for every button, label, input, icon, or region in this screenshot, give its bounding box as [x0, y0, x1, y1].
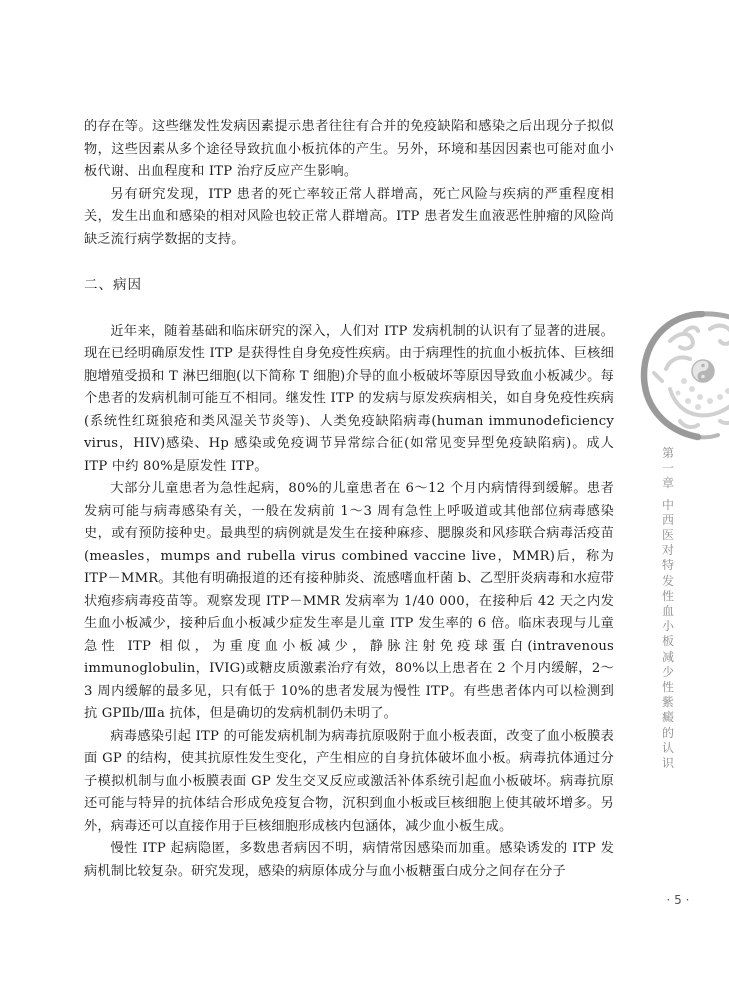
paragraph-pathogenesis: 近年来，随着基础和临床研究的深入，人们对 ITP 发病机制的认识有了显著的进展。…: [84, 321, 614, 479]
chapter-title-char: 板: [660, 634, 676, 649]
chapter-title-char: 紫: [660, 695, 676, 710]
paragraph-viral-mechanism: 病毒感染引起 ITP 的可能发病机制为病毒抗原吸附于血小板表面，改变了血小板膜表…: [84, 726, 614, 839]
chapter-title-char: 特: [660, 558, 676, 573]
section-heading-etiology: 二、病因: [84, 274, 614, 297]
chapter-label-char: 一: [660, 461, 676, 476]
chapter-title-char: 认: [660, 741, 676, 756]
qilin-yin-yang-seal-icon: [640, 311, 729, 441]
paragraph-continued: 的存在等。这些继发性发病因素提示患者往往有合并的免疫缺陷和感染之后出现分子拟似物…: [84, 116, 614, 184]
page-body: 的存在等。这些继发性发病因素提示患者往往有合并的免疫缺陷和感染之后出现分子拟似物…: [84, 116, 614, 883]
chapter-title-char: 性: [660, 680, 676, 695]
chapter-label-char: 章: [660, 476, 676, 491]
paragraph-mortality: 另有研究发现，ITP 患者的死亡率较正常人群增高，死亡风险与疾病的严重程度相关，…: [84, 184, 614, 252]
chapter-running-head: 第 一 章 中 西 医 对 特 发 性 血 小 板 减 少 性 紫 癜 的 认 …: [660, 446, 676, 771]
chapter-title-char: 识: [660, 756, 676, 771]
chapter-title-char: 医: [660, 528, 676, 543]
chapter-title-char: 的: [660, 726, 676, 741]
chapter-title-char: 发: [660, 574, 676, 589]
chapter-title-char: 减: [660, 650, 676, 665]
spacer: [84, 251, 614, 274]
chapter-title-char: 血: [660, 604, 676, 619]
page-number: · 5 ·: [652, 893, 704, 907]
chapter-title-char: 小: [660, 619, 676, 634]
chapter-title-char: 中: [660, 498, 676, 513]
chapter-title-char: 西: [660, 513, 676, 528]
spacer: [84, 297, 614, 321]
paragraph-children-acute: 大部分儿童患者为急性起病，80%的儿童患者在 6～12 个月内病情得到缓解。患者…: [84, 478, 614, 726]
chapter-title-char: 对: [660, 543, 676, 558]
chapter-label-char: 第: [660, 446, 676, 461]
chapter-title-char: 癜: [660, 710, 676, 725]
chapter-title-char: 性: [660, 589, 676, 604]
chapter-title-char: 少: [660, 665, 676, 680]
paragraph-chronic-itp: 慢性 ITP 起病隐匿，多数患者病因不明，病情常因感染而加重。感染诱发的 ITP…: [84, 838, 614, 883]
